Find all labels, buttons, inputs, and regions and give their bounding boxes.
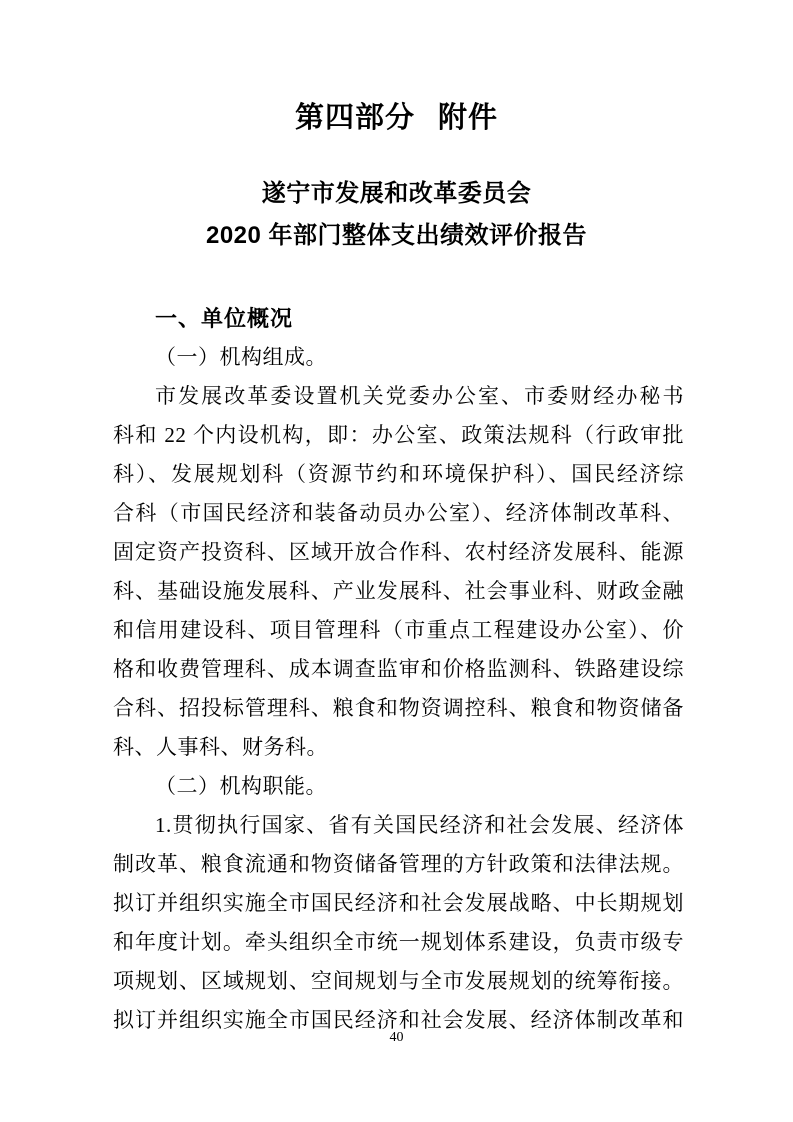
text-line: 科）、发展规划科（资源节约和环境保护科）、国民经济综 xyxy=(113,455,684,494)
part-title: 第四部分 附件 xyxy=(0,98,793,138)
text-line: 合科（市国民经济和装备动员办公室）、经济体制改革科、 xyxy=(113,494,684,533)
paragraph: （二）机构职能。 xyxy=(113,767,684,806)
text-line: 制改革、粮食流通和物资储备管理的方针政策和法律法规。 xyxy=(113,845,684,884)
section-heading: 一、单位概况 xyxy=(113,299,684,338)
document-page: 第四部分 附件 遂宁市发展和改革委员会 2020 年部门整体支出绩效评价报告 一… xyxy=(0,0,793,1122)
paragraphs: （一）机构组成。市发展改革委设置机关党委办公室、市委财经办秘书科和 22 个内设… xyxy=(113,338,684,1040)
report-title-line1: 遂宁市发展和改革委员会 xyxy=(0,173,793,215)
paragraph: 市发展改革委设置机关党委办公室、市委财经办秘书科和 22 个内设机构，即：办公室… xyxy=(113,377,684,767)
paragraph: 1.贯彻执行国家、省有关国民经济和社会发展、经济体制改革、粮食流通和物资储备管理… xyxy=(113,806,684,1040)
text-line: （二）机构职能。 xyxy=(113,767,684,806)
text-line: 科和 22 个内设机构，即：办公室、政策法规科（行政审批 xyxy=(113,416,684,455)
paragraph: （一）机构组成。 xyxy=(113,338,684,377)
text-line: 格和收费管理科、成本调查监审和价格监测科、铁路建设综 xyxy=(113,650,684,689)
text-line: 拟订并组织实施全市国民经济和社会发展战略、中长期规划 xyxy=(113,884,684,923)
text-line: （一）机构组成。 xyxy=(113,338,684,377)
text-line: 科、基础设施发展科、产业发展科、社会事业科、财政金融 xyxy=(113,572,684,611)
text-line: 和信用建设科、项目管理科（市重点工程建设办公室）、价 xyxy=(113,611,684,650)
text-line: 项规划、区域规划、空间规划与全市发展规划的统筹衔接。 xyxy=(113,962,684,1001)
report-title: 遂宁市发展和改革委员会 2020 年部门整体支出绩效评价报告 xyxy=(0,173,793,257)
text-line: 和年度计划。牵头组织全市统一规划体系建设，负责市级专 xyxy=(113,923,684,962)
document-body: 一、单位概况 （一）机构组成。市发展改革委设置机关党委办公室、市委财经办秘书科和… xyxy=(113,299,684,1040)
text-line: 合科、招投标管理科、粮食和物资调控科、粮食和物资储备 xyxy=(113,689,684,728)
text-line: 科、人事科、财务科。 xyxy=(113,728,684,767)
report-title-line2: 2020 年部门整体支出绩效评价报告 xyxy=(0,215,793,257)
text-line: 1.贯彻执行国家、省有关国民经济和社会发展、经济体 xyxy=(113,806,684,845)
text-line: 固定资产投资科、区域开放合作科、农村经济发展科、能源 xyxy=(113,533,684,572)
page-number: 40 xyxy=(0,1030,793,1046)
text-line: 市发展改革委设置机关党委办公室、市委财经办秘书 xyxy=(113,377,684,416)
